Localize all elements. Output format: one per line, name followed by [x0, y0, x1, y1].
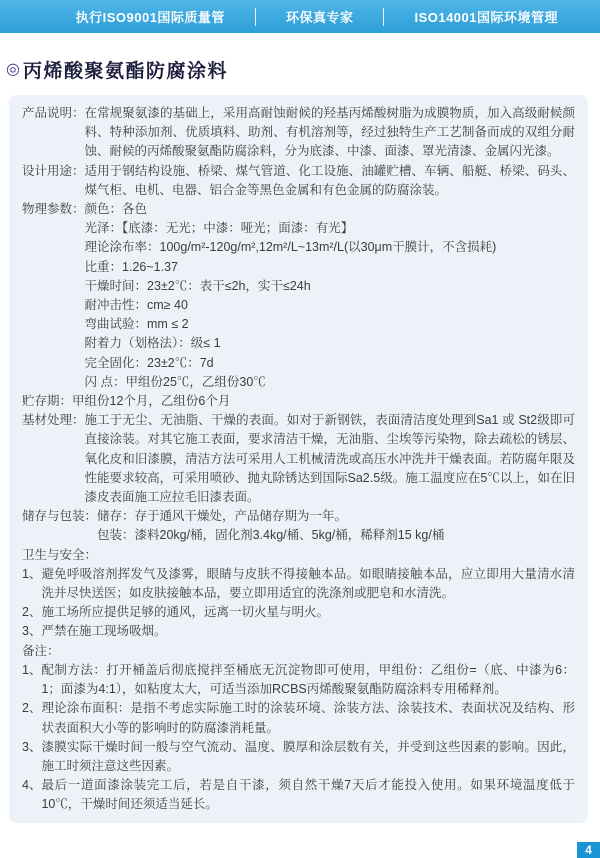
- spec-sublines: 储存：存于通风干燥处，产品储存期为一年。 包装：漆料20kg/桶，固化剂3.4k…: [97, 507, 575, 545]
- spec-text: 在常规聚氨漆的基础上，采用高耐蚀耐候的羟基丙烯酸树脂为成膜物质，加入高级耐候颜料…: [85, 104, 575, 162]
- list-marker: 3、: [22, 738, 41, 776]
- spec-label: 设计用途：: [22, 162, 85, 200]
- heading-health-safety: 卫生与安全：: [22, 546, 575, 565]
- banner-item-eco: 环保真专家: [256, 7, 384, 26]
- page-number-badge: 4: [577, 842, 600, 858]
- spec-label: 基材处理：: [22, 411, 85, 507]
- list-marker: 2、: [22, 699, 41, 737]
- remark-item-1: 1、 配制方法：打开桶盖后彻底搅拌至桶底无沉淀物即可使用，甲组份：乙组份=（底、…: [22, 661, 575, 699]
- param-line-gloss: 光泽：【底漆：无光；中漆：哑光；面漆：有光】: [85, 219, 575, 238]
- list-marker: 1、: [22, 661, 41, 699]
- list-text: 严禁在施工现场吸烟。: [41, 622, 575, 641]
- list-text: 理论涂布面积：是指不考虑实际施工时的涂装环境、涂装方法、涂装技术、表面状况及结构…: [41, 699, 575, 737]
- remark-item-3: 3、 漆膜实际干燥时间一般与空气流动、温度、膜厚和涂层数有关，并受到这些因素的影…: [22, 738, 575, 776]
- param-line-flash-point: 闪 点：甲组份25℃，乙组份30℃: [85, 373, 575, 392]
- param-line-color: 颜色：各色: [85, 200, 575, 219]
- safety-item-3: 3、 严禁在施工现场吸烟。: [22, 622, 575, 641]
- list-text: 施工场所应提供足够的通风，远离一切火星与明火。: [41, 603, 575, 622]
- spec-label: 贮存期：: [22, 392, 72, 411]
- spec-row-shelf-life: 贮存期： 甲组份12个月，乙组份6个月: [22, 392, 575, 411]
- param-line-dry-time: 干燥时间：23±2℃：表干≤2h，实干≤24h: [85, 277, 575, 296]
- list-marker: 2、: [22, 603, 41, 622]
- param-line-density: 比重：1.26~1.37: [85, 258, 575, 277]
- param-line-bend: 弯曲试验：mm ≤ 2: [85, 315, 575, 334]
- safety-item-1: 1、 避免呼吸溶剂挥发气及漆雾，眼睛与皮肤不得接触本品。如眼睛接触本品，应立即用…: [22, 565, 575, 603]
- spec-row-design-use: 设计用途： 适用于钢结构设施、桥梁、煤气管道、化工设施、油罐贮槽、车辆、船艇、桥…: [22, 162, 575, 200]
- list-marker: 1、: [22, 565, 41, 603]
- spec-row-surface-prep: 基材处理： 施工于无尘、无油脂、干燥的表面。如对于新钢铁，表面清洁度处理到Sa1…: [22, 411, 575, 507]
- param-line-full-cure: 完全固化：23±2℃：7d: [85, 354, 575, 373]
- param-line-adhesion: 附着力（划格法）：级≤ 1: [85, 334, 575, 353]
- packaging-line: 包装：漆料20kg/桶，固化剂3.4kg/桶、5kg/桶，稀释剂15 kg/桶: [97, 526, 575, 545]
- remark-item-4: 4、 最后一道面漆涂装完工后，若是自干漆，须自然干燥7天后才能投入使用。如果环境…: [22, 776, 575, 814]
- title-row: ◎ 丙烯酸聚氨酯防腐涂料: [6, 56, 600, 83]
- remark-item-2: 2、 理论涂布面积：是指不考虑实际施工时的涂装环境、涂装方法、涂装技术、表面状况…: [22, 699, 575, 737]
- list-marker: 4、: [22, 776, 41, 814]
- spec-text: 甲组份12个月，乙组份6个月: [72, 392, 575, 411]
- spec-sheet-panel: 产品说明： 在常规聚氨漆的基础上，采用高耐蚀耐候的羟基丙烯酸树脂为成膜物质，加入…: [9, 95, 588, 823]
- spec-label: 产品说明：: [22, 104, 85, 162]
- list-marker: 3、: [22, 622, 41, 641]
- spec-sublines: 颜色：各色 光泽：【底漆：无光；中漆：哑光；面漆：有光】 理论涂布率：100g/…: [85, 200, 575, 392]
- page-title: 丙烯酸聚氨酯防腐涂料: [23, 56, 228, 83]
- list-text: 避免呼吸溶剂挥发气及漆雾，眼睛与皮肤不得接触本品。如眼睛接触本品，应立即用大量清…: [41, 565, 575, 603]
- heading-remarks: 备注：: [22, 642, 575, 661]
- storage-line: 储存：存于通风干燥处，产品储存期为一年。: [97, 507, 575, 526]
- spec-row-storage-packaging: 储存与包装： 储存：存于通风干燥处，产品储存期为一年。 包装：漆料20kg/桶，…: [22, 507, 575, 545]
- spec-row-product-description: 产品说明： 在常规聚氨漆的基础上，采用高耐蚀耐候的羟基丙烯酸树脂为成膜物质，加入…: [22, 104, 575, 162]
- safety-item-2: 2、 施工场所应提供足够的通风，远离一切火星与明火。: [22, 603, 575, 622]
- list-text: 配制方法：打开桶盖后彻底搅拌至桶底无沉淀物即可使用，甲组份：乙组份=（底、中漆为…: [41, 661, 575, 699]
- param-line-impact: 耐冲击性：cm≥ 40: [85, 296, 575, 315]
- top-banner: 执行ISO9001国际质量管 环保真专家 ISO14001国际环境管理: [0, 0, 600, 33]
- spec-row-physical-params: 物理参数： 颜色：各色 光泽：【底漆：无光；中漆：哑光；面漆：有光】 理论涂布率…: [22, 200, 575, 392]
- bullseye-bullet-icon: ◎: [6, 62, 20, 78]
- spec-label: 储存与包装：: [22, 507, 97, 545]
- spec-text: 施工于无尘、无油脂、干燥的表面。如对于新钢铁，表面清洁度处理到Sa1 或 St2…: [85, 411, 575, 507]
- list-text: 漆膜实际干燥时间一般与空气流动、温度、膜厚和涂层数有关，并受到这些因素的影响。因…: [41, 738, 575, 776]
- spec-text: 适用于钢结构设施、桥梁、煤气管道、化工设施、油罐贮槽、车辆、船艇、桥梁、码头、煤…: [85, 162, 575, 200]
- param-line-coverage: 理论涂布率：100g/m²-120g/m²,12m²/L~13m²/L(以30μ…: [85, 238, 575, 257]
- list-text: 最后一道面漆涂装完工后，若是自干漆，须自然干燥7天后才能投入使用。如果环境温度低…: [41, 776, 575, 814]
- banner-item-iso9001: 执行ISO9001国际质量管: [46, 7, 255, 26]
- banner-item-iso14001: ISO14001国际环境管理: [384, 7, 588, 26]
- spec-label: 物理参数：: [22, 200, 85, 392]
